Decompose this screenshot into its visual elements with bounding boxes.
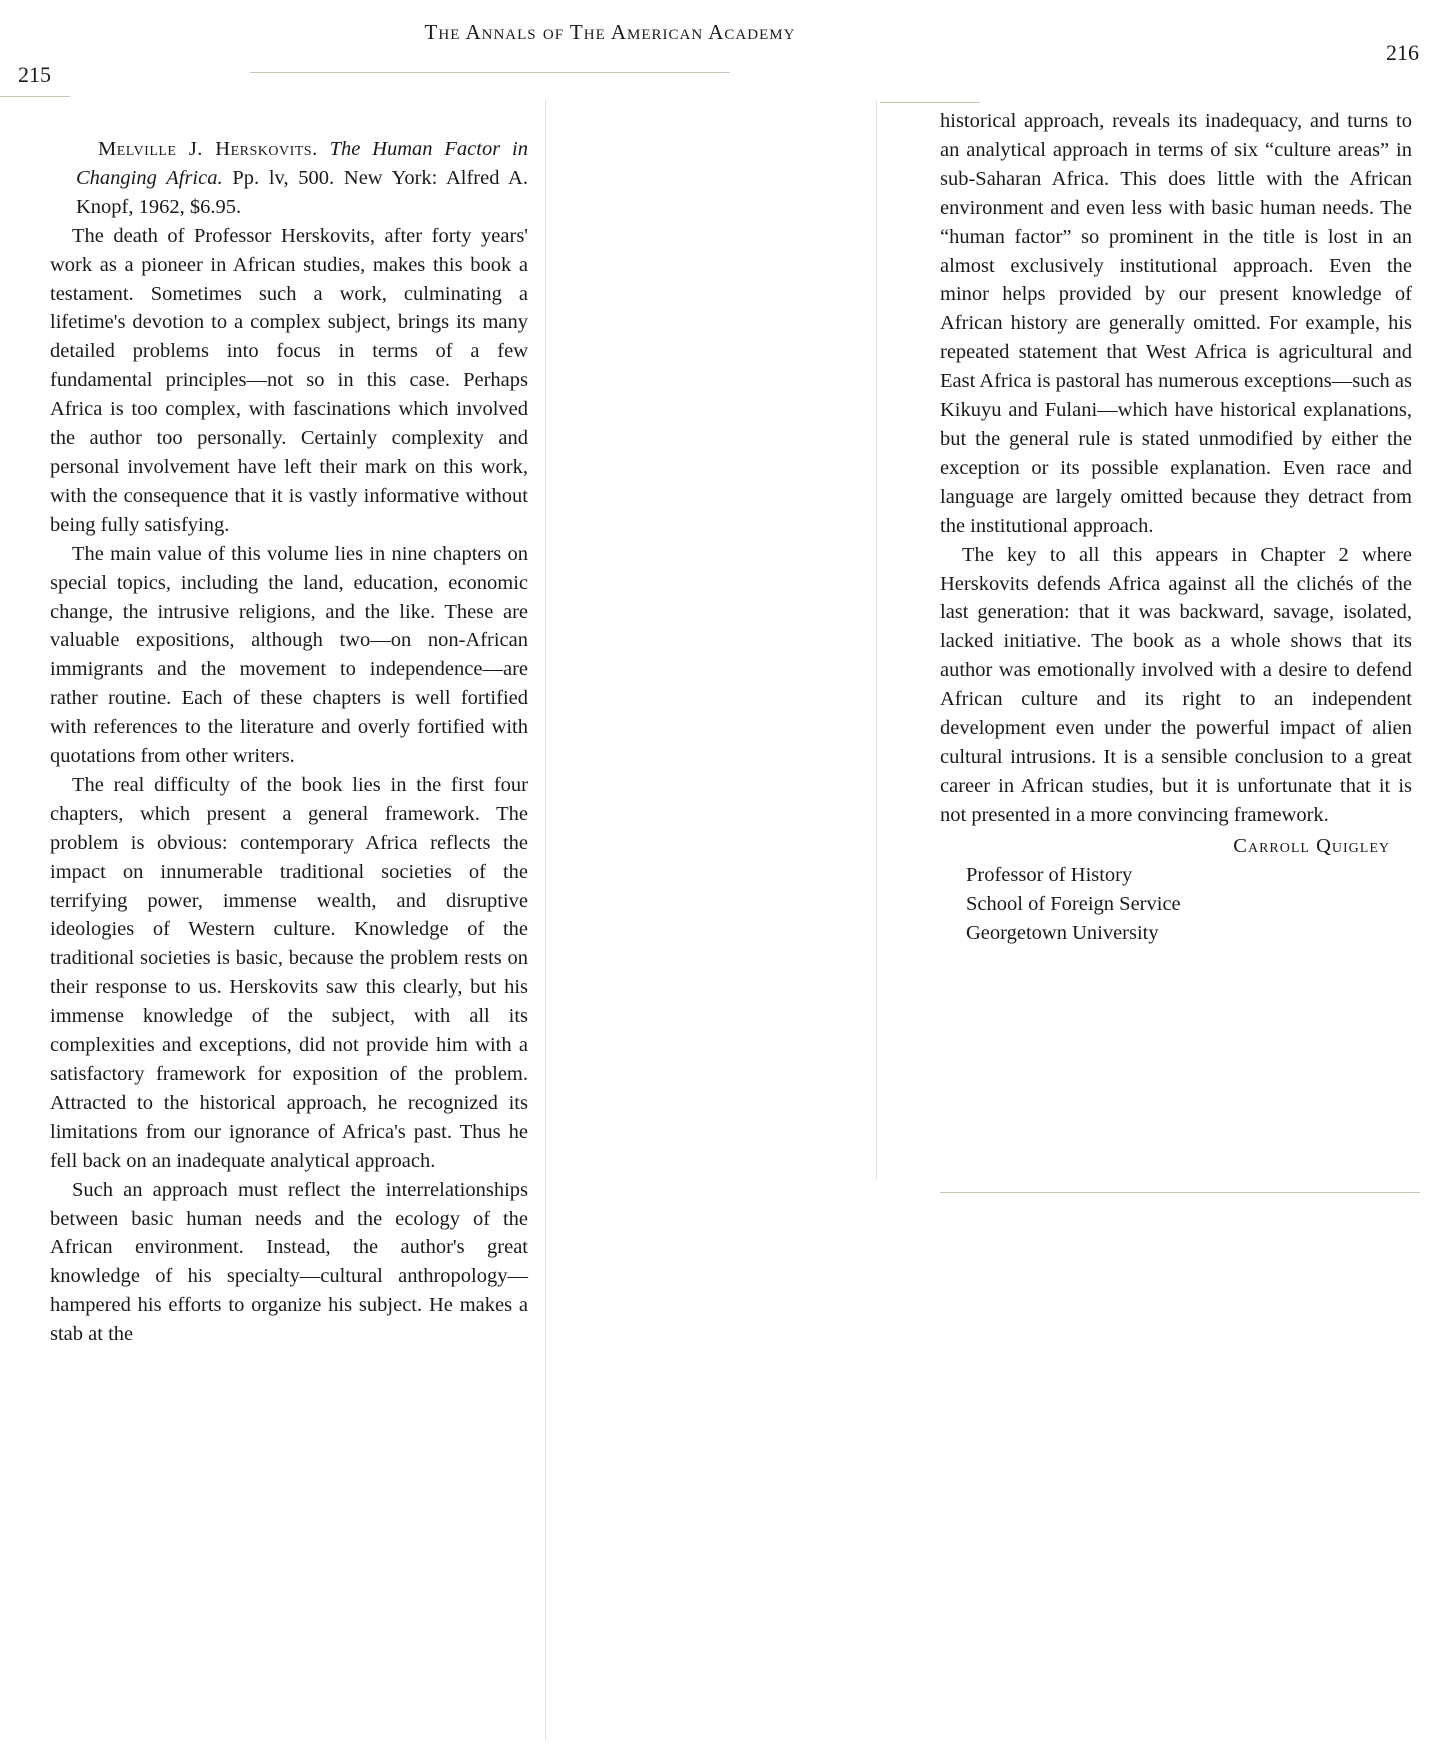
paragraph: The death of Professor Herskovits, after…	[50, 222, 528, 540]
review-column-left: Melville J. Herskovits. The Human Factor…	[50, 135, 528, 1349]
divider	[0, 96, 70, 97]
divider	[880, 102, 980, 103]
page-number-right: 216	[1386, 40, 1419, 66]
paragraph: The main value of this volume lies in ni…	[50, 540, 528, 771]
divider	[250, 72, 730, 73]
paragraph: The real difficulty of the book lies in …	[50, 771, 528, 1176]
reviewer-name: Carroll Quigley	[940, 832, 1412, 861]
clipping-edge	[876, 100, 877, 1180]
affiliation-line: Georgetown University	[966, 919, 1412, 948]
paragraph: Such an approach must reflect the interr…	[50, 1176, 528, 1349]
running-head: The Annals of The American Academy	[250, 20, 970, 45]
divider	[940, 1192, 1420, 1193]
affiliation-line: Professor of History	[966, 861, 1412, 890]
clipping-edge	[545, 100, 546, 1740]
page-number-left: 215	[18, 62, 51, 88]
book-citation: Melville J. Herskovits. The Human Factor…	[50, 135, 528, 222]
affiliation-line: School of Foreign Service	[966, 890, 1412, 919]
paragraph: historical approach, reveals its inadequ…	[940, 107, 1412, 541]
review-column-right: historical approach, reveals its inadequ…	[940, 107, 1412, 948]
paragraph: The key to all this appears in Chapter 2…	[940, 541, 1412, 830]
citation-author: Melville J. Herskovits.	[98, 138, 318, 160]
reviewer-affiliation: Professor of History School of Foreign S…	[940, 861, 1412, 948]
